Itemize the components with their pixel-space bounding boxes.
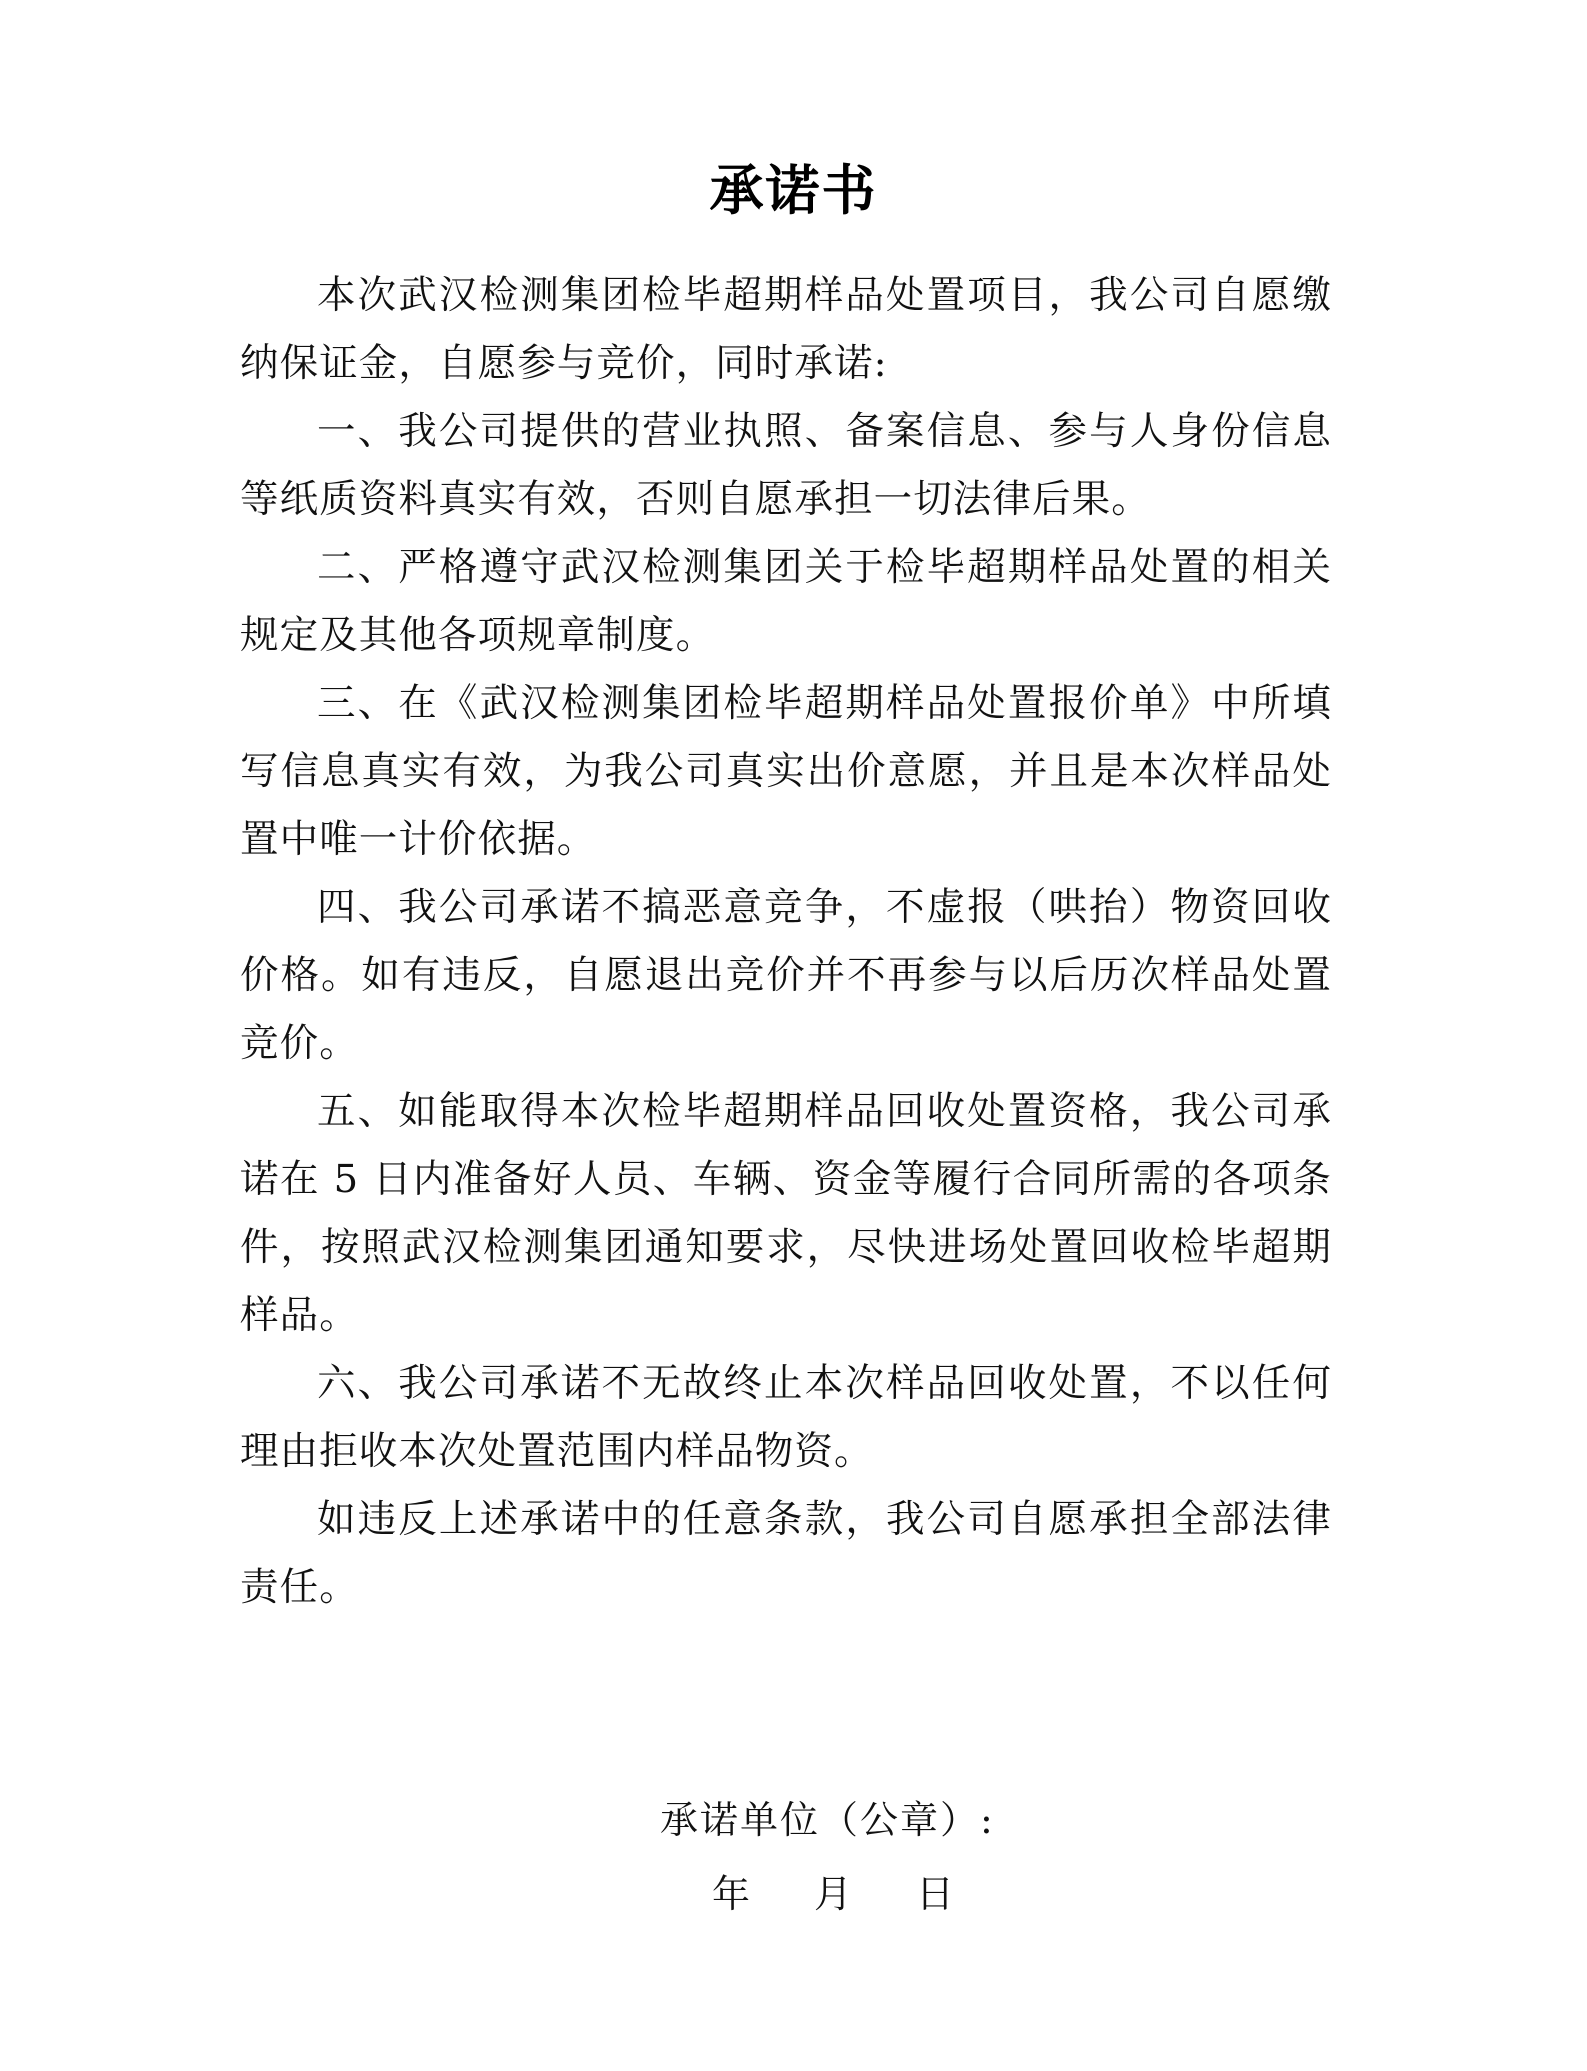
clause-4-paragraph: 四、我公司承诺不搞恶意竞争，不虚报（哄抬）物资回收价格。如有违反，自愿退出竞价并… xyxy=(240,874,1332,1078)
date-month-label: 月 xyxy=(814,1864,852,1924)
clause-6-paragraph: 六、我公司承诺不无故终止本次样品回收处置，不以任何理由拒收本次处置范围内样品物资… xyxy=(240,1350,1332,1486)
document-page: 承诺书 本次武汉检测集团检毕超期样品处置项目，我公司自愿缴纳保证金，自愿参与竞价… xyxy=(0,0,1587,2071)
clause-3-paragraph: 三、在《武汉检测集团检毕超期样品处置报价单》中所填写信息真实有效，为我公司真实出… xyxy=(240,670,1332,874)
document-title: 承诺书 xyxy=(0,155,1587,225)
document-body: 本次武汉检测集团检毕超期样品处置项目，我公司自愿缴纳保证金，自愿参与竞价，同时承… xyxy=(240,262,1332,1622)
clause-5-paragraph: 五、如能取得本次检毕超期样品回收处置资格，我公司承诺在 5 日内准备好人员、车辆… xyxy=(240,1078,1332,1350)
closing-paragraph: 如违反上述承诺中的任意条款，我公司自愿承担全部法律责任。 xyxy=(240,1486,1332,1622)
signature-date: 年 月 日 xyxy=(712,1864,1060,1924)
clause-2-paragraph: 二、严格遵守武汉检测集团关于检毕超期样品处置的相关规定及其他各项规章制度。 xyxy=(240,534,1332,670)
signature-block: 承诺单位（公章）: 年 月 日 xyxy=(660,1790,1060,1924)
date-year-label: 年 xyxy=(712,1864,750,1924)
intro-paragraph: 本次武汉检测集团检毕超期样品处置项目，我公司自愿缴纳保证金，自愿参与竞价，同时承… xyxy=(240,262,1332,398)
clause-1-paragraph: 一、我公司提供的营业执照、备案信息、参与人身份信息等纸质资料真实有效，否则自愿承… xyxy=(240,398,1332,534)
signature-unit-label: 承诺单位（公章）: xyxy=(660,1790,1060,1850)
date-day-label: 日 xyxy=(916,1864,954,1924)
